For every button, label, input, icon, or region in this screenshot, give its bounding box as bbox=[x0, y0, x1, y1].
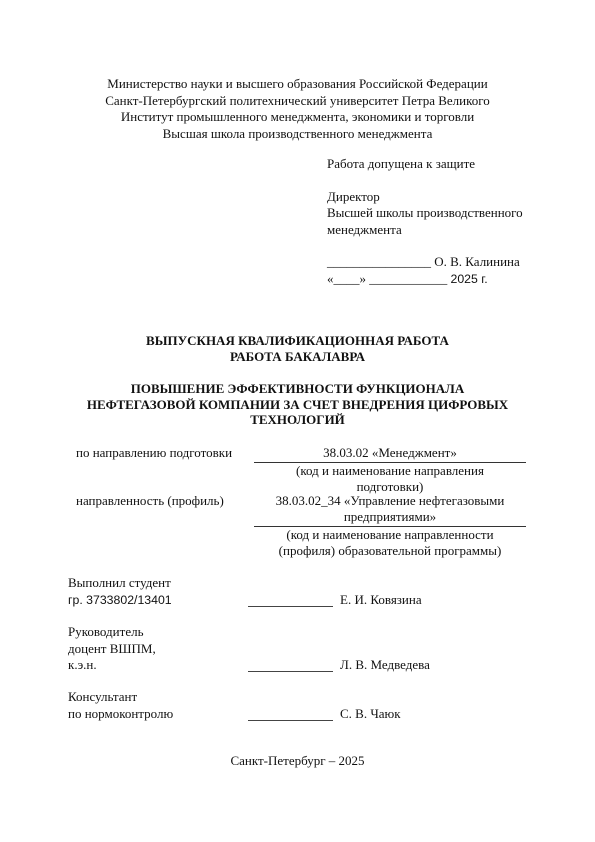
topic-line-1: ПОВЫШЕНИЕ ЭФФЕКТИВНОСТИ ФУНКЦИОНАЛА bbox=[0, 381, 595, 397]
approval-year: 2025 г. bbox=[451, 272, 488, 286]
director-signature-line: ________________ О. В. Калинина bbox=[327, 254, 567, 271]
student-label: Выполнил студент гр. 3733802/13401 bbox=[68, 575, 172, 608]
direction-field: 38.03.02 «Менеджмент» (код и наименовани… bbox=[254, 445, 526, 494]
consultant-label: Консультант по нормоконтролю bbox=[68, 689, 173, 722]
topic-line-2: НЕФТЕГАЗОВОЙ КОМПАНИИ ЗА СЧЕТ ВНЕДРЕНИЯ … bbox=[0, 397, 595, 413]
signature-blank: ________________ bbox=[327, 254, 431, 269]
profile-label: направленность (профиль) bbox=[76, 493, 224, 509]
supervisor-degree: к.э.н. bbox=[68, 657, 156, 674]
ministry-line: Министерство науки и высшего образования… bbox=[0, 76, 595, 93]
profile-hint-2: (профиля) образовательной программы) bbox=[254, 543, 526, 559]
topic-line-3: ТЕХНОЛОГИЙ bbox=[0, 412, 595, 428]
director-title: Директор bbox=[327, 189, 567, 206]
supervisor-label: Руководитель доцент ВШПМ, к.э.н. bbox=[68, 624, 156, 674]
director-school: Высшей школы производственного bbox=[327, 205, 567, 222]
profile-value-2: предприятиями» bbox=[254, 509, 526, 525]
work-type-line-1: ВЫПУСКНАЯ КВАЛИФИКАЦИОННАЯ РАБОТА bbox=[0, 333, 595, 349]
student-name: Е. И. Ковязина bbox=[340, 592, 422, 608]
admitted-to-defense: Работа допущена к защите bbox=[327, 156, 567, 173]
direction-label: по направлению подготовки bbox=[76, 445, 232, 461]
consultant-signature-line bbox=[248, 720, 333, 721]
month-blank: ____________ bbox=[369, 271, 447, 286]
profile-value-1: 38.03.02_34 «Управление нефтегазовыми bbox=[254, 493, 526, 509]
consultant-name: С. В. Чаюк bbox=[340, 706, 401, 722]
profile-field: 38.03.02_34 «Управление нефтегазовыми пр… bbox=[254, 493, 526, 558]
direction-hint-2: подготовки) bbox=[254, 479, 526, 495]
consultant-role: Консультант bbox=[68, 689, 173, 706]
institution-header: Министерство науки и высшего образования… bbox=[0, 76, 595, 142]
profile-hint-1: (код и наименование направленности bbox=[254, 527, 526, 543]
director-name: О. В. Калинина bbox=[434, 254, 520, 269]
supervisor-position: доцент ВШПМ, bbox=[68, 641, 156, 658]
day-blank: ____ bbox=[334, 271, 360, 286]
city-year: Санкт-Петербург – 2025 bbox=[230, 753, 364, 768]
supervisor-signature-line bbox=[248, 671, 333, 672]
quote-close: » bbox=[360, 271, 367, 286]
thesis-topic: ПОВЫШЕНИЕ ЭФФЕКТИВНОСТИ ФУНКЦИОНАЛА НЕФТ… bbox=[0, 381, 595, 428]
approval-date-line: «____» ____________ 2025 г. bbox=[327, 271, 567, 288]
institute-line: Институт промышленного менеджмента, экон… bbox=[0, 109, 595, 126]
student-signature-line bbox=[248, 606, 333, 607]
city-year-footer: Санкт-Петербург – 2025 bbox=[0, 753, 595, 769]
consultant-area: по нормоконтролю bbox=[68, 706, 173, 723]
supervisor-name: Л. В. Медведева bbox=[340, 657, 430, 673]
school-line: Высшая школа производственного менеджмен… bbox=[0, 126, 595, 143]
approval-block: Работа допущена к защите Директор Высшей… bbox=[327, 156, 567, 287]
student-role: Выполнил студент bbox=[68, 575, 172, 592]
work-type-line-2: РАБОТА БАКАЛАВРА bbox=[0, 349, 595, 365]
student-group: гр. 3733802/13401 bbox=[68, 592, 172, 609]
direction-hint-1: (код и наименование направления bbox=[254, 463, 526, 479]
direction-value: 38.03.02 «Менеджмент» bbox=[254, 445, 526, 461]
university-line: Санкт-Петербургский политехнический унив… bbox=[0, 93, 595, 110]
supervisor-role: Руководитель bbox=[68, 624, 156, 641]
work-type-title: ВЫПУСКНАЯ КВАЛИФИКАЦИОННАЯ РАБОТА РАБОТА… bbox=[0, 333, 595, 365]
director-school-cont: менеджмента bbox=[327, 222, 567, 239]
